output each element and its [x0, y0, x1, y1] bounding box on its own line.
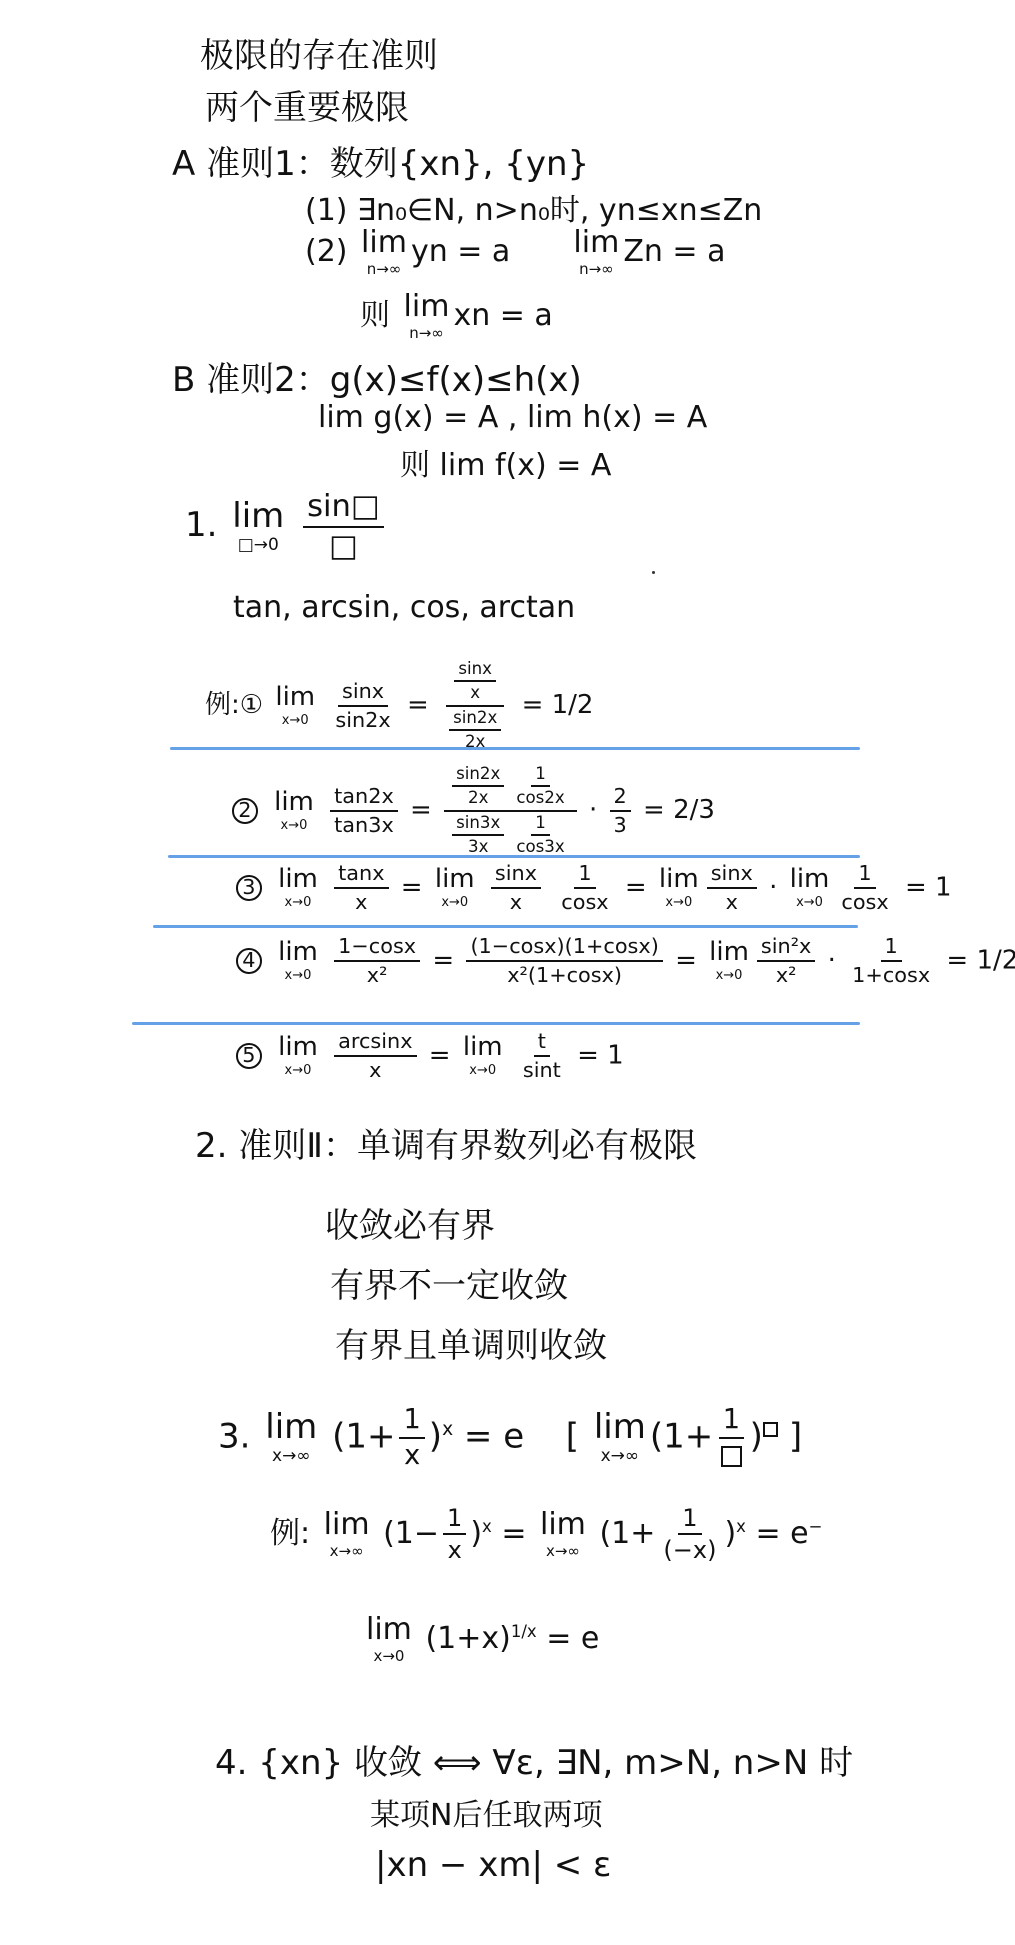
example-1: 例:① limx→0 sinxsin2x = sinxx sin2x2x = 1…	[205, 660, 593, 751]
limit-operator: lim□→0	[232, 499, 284, 554]
criterion-2-conclusion: 则 lim f(x) = A	[400, 440, 611, 484]
example-label: 例:	[270, 1516, 310, 1551]
criterion-ii-heading: 2. 准则Ⅱ：单调有界数列必有极限	[195, 1118, 697, 1167]
example-result: = 1	[577, 1040, 624, 1070]
example-marker: 例:①	[205, 690, 263, 720]
example-result: = 1/2	[522, 690, 594, 720]
related-functions: tan, arcsin, cos, arctan	[233, 590, 575, 625]
lim-xn: xn = a	[453, 298, 552, 333]
example-rhs: sin2x2x1cos2x sin3x3x1cos3x	[444, 765, 577, 856]
example-rhs: sinxx sin2x2x	[441, 660, 509, 751]
example-result: = 2/3	[643, 795, 715, 825]
example-result: = 1	[905, 872, 952, 902]
limit-operator: limn→∞	[361, 228, 407, 277]
example-3: 3 limx→0 tanxx = limx→0 sinxx 1cosx = li…	[236, 862, 952, 914]
limit-operator: limx→0	[278, 1034, 318, 1077]
cauchy-note: 某项N后任取两项	[370, 1790, 602, 1834]
example-lhs: tan2xtan3x	[330, 785, 398, 837]
criterion-2-heading: B 准则2：g(x)≤f(x)≤h(x)	[172, 352, 582, 401]
example-5: 5 limx→0 arcsinxx = limx→0 tsint = 1	[236, 1030, 624, 1082]
page-title: 极限的存在准则	[200, 28, 438, 77]
criterion-ii-note-3: 有界且单调则收敛	[335, 1318, 607, 1367]
important-limit-2: 3. limx→∞ (1+1x)x = e [ limx→∞(1+1) ]	[218, 1405, 802, 1471]
criterion-1-conclusion: 则 limn→∞xn = a	[360, 290, 553, 341]
criterion-1-condition-1: (1) ∃n₀∈N, n>n₀时, yn≤xn≤Zn	[305, 185, 762, 229]
highlight-rule	[153, 925, 858, 928]
item-number: 4.	[215, 1743, 247, 1783]
highlight-rule	[132, 1022, 860, 1025]
highlight-rule	[170, 747, 860, 750]
condition-2-label: (2)	[305, 234, 348, 269]
example-lhs: 1−cosxx²	[334, 935, 420, 987]
stray-dot	[652, 571, 655, 574]
example-lhs: tanxx	[334, 862, 388, 914]
example-lhs: arcsinxx	[334, 1030, 416, 1082]
item-number: 3.	[218, 1416, 250, 1456]
criterion-1-heading: A 准则1：数列{xn}, {yn}	[172, 136, 589, 185]
limit-2-example: 例: limx→∞ (1−1x)x = limx→∞ (1+1(−x))x = …	[270, 1505, 822, 1564]
criterion-1-condition-2: (2) limn→∞yn = a limn→∞Zn = a	[305, 228, 726, 277]
criterion-ii-note-1: 收敛必有界	[325, 1198, 495, 1247]
page-subtitle: 两个重要极限	[205, 80, 409, 129]
circled-3-icon: 3	[236, 875, 262, 901]
lim-yn: yn = a	[411, 234, 510, 269]
limit-operator: limx→∞	[265, 1410, 317, 1465]
limit-operator: limn→∞	[404, 292, 450, 341]
limit-operator: limx→0	[275, 684, 315, 727]
example-4: 4 limx→0 1−cosxx² = (1−cosx)(1+cosx)x²(1…	[236, 935, 1015, 987]
lim-zn: Zn = a	[623, 234, 725, 269]
item-number: 1.	[185, 505, 217, 545]
important-limit-1: 1. lim□→0 sin□□	[185, 490, 388, 563]
circled-4-icon: 4	[236, 948, 262, 974]
limit-operator: limn→∞	[573, 228, 619, 277]
limit-operator: limx→0	[274, 789, 314, 832]
example-lhs: sinxsin2x	[331, 680, 394, 732]
circled-2-icon: 2	[232, 798, 258, 824]
example-result: = 1/2	[946, 945, 1015, 975]
circled-5-icon: 5	[236, 1043, 262, 1069]
criterion-2-condition: lim g(x) = A , lim h(x) = A	[318, 400, 707, 435]
cauchy-criterion: 4. {xn} 收敛 ⟺ ∀ε, ∃N, m>N, n>N 时	[215, 1735, 853, 1784]
limit-operator: limx→0	[278, 939, 318, 982]
sin-box-over-box: sin□□	[303, 490, 384, 563]
highlight-rule	[168, 855, 860, 858]
cauchy-inequality: |xn − xm| < ε	[375, 1845, 611, 1885]
criterion-ii-note-2: 有界不一定收敛	[330, 1258, 568, 1307]
limit-operator: limx→0	[278, 866, 318, 909]
limit-2-alternate: limx→0 (1+x)1/x = e	[362, 1615, 599, 1664]
then-label: 则	[360, 298, 390, 333]
cauchy-statement: {xn} 收敛 ⟺ ∀ε, ∃N, m>N, n>N 时	[258, 1743, 853, 1783]
example-2: 2 limx→0 tan2xtan3x = sin2x2x1cos2x sin3…	[232, 765, 715, 856]
